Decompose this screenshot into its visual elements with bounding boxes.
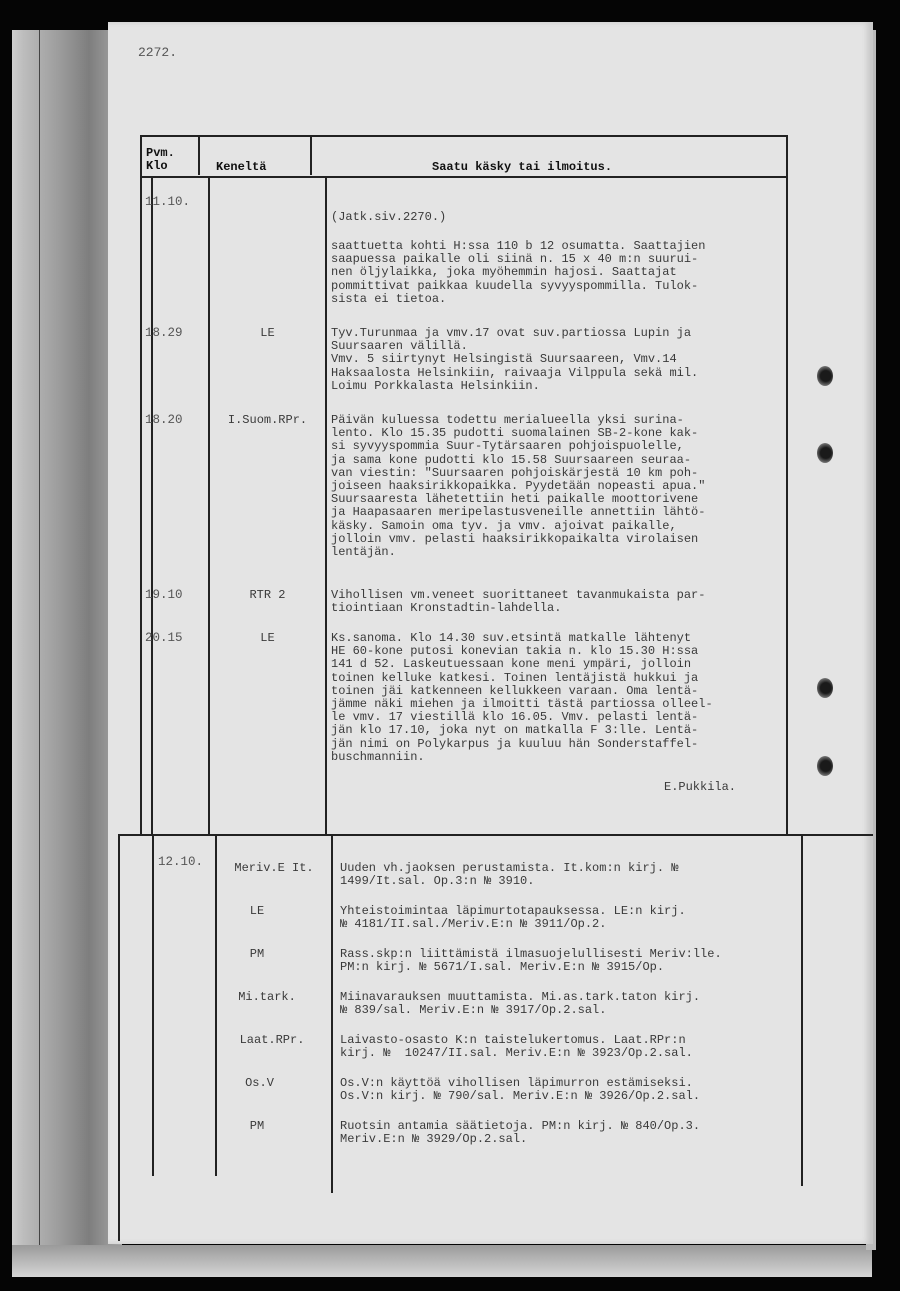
column-divider-date-body <box>151 176 153 836</box>
page-number: 2272. <box>138 45 177 60</box>
column-divider-from <box>310 135 312 175</box>
punch-hole-icon <box>817 756 833 776</box>
entry-time: 18.20 <box>145 414 183 427</box>
punch-hole-icon <box>817 443 833 463</box>
continuation-note: (Jatk.siv.2270.) <box>331 211 446 224</box>
table-right-border <box>786 135 788 835</box>
section-2-date: 12.10. <box>158 856 203 869</box>
entry-from: LE <box>210 632 325 645</box>
message-entry: Uuden vh.jaoksen perustamista. It.kom:n … <box>340 862 678 888</box>
message-entry: Ks.sanoma. Klo 14.30 suv.etsintä matkall… <box>331 632 713 764</box>
punch-hole-icon <box>817 366 833 386</box>
entry-from: LE <box>217 905 297 918</box>
column-divider-left-edge <box>140 135 142 835</box>
entry-from: Laat.RPr. <box>217 1034 327 1047</box>
header-message: Saatu käsky tai ilmoitus. <box>432 160 612 174</box>
entry-from: PM <box>217 948 297 961</box>
entry-time: 20.15 <box>145 632 183 645</box>
table-right-border-lower <box>801 836 803 1186</box>
day-separator-line <box>118 834 873 836</box>
underlying-page-edge <box>12 30 122 1250</box>
entry-from: Meriv.E It. <box>217 862 331 875</box>
message-entry: Vihollisen vm.veneet suorittaneet tavanm… <box>331 589 705 615</box>
message-entry: Ruotsin antamia säätietoja. PM:n kirj. №… <box>340 1120 700 1146</box>
message-entry: Laivasto-osasto K:n taistelukertomus. La… <box>340 1034 693 1060</box>
section-1-date: 11.10. <box>145 196 190 209</box>
message-entry: Päivän kuluessa todettu merialueella yks… <box>331 414 705 559</box>
entry-from: Mi.tark. <box>217 991 317 1004</box>
entry-time: 19.10 <box>145 589 183 602</box>
entry-from: I.Suom.RPr. <box>210 414 325 427</box>
entry-from: PM <box>217 1120 297 1133</box>
message-entry: Rass.skp:n liittämistä ilmasuojelullises… <box>340 948 722 974</box>
underlying-page-bottom <box>12 1245 872 1277</box>
message-entry: Miinavarauksen muuttamista. Mi.as.tark.t… <box>340 991 700 1017</box>
punch-hole-icon <box>817 678 833 698</box>
column-divider-message-body <box>325 176 327 836</box>
entry-from: LE <box>210 327 325 340</box>
table-top-border <box>140 135 787 137</box>
column-divider-message-lower <box>331 836 333 1193</box>
header-bottom-border <box>140 176 787 178</box>
message-entry: Tyv.Turunmaa ja vmv.17 ovat suv.partioss… <box>331 327 698 393</box>
signature: E.Pukkila. <box>664 781 736 794</box>
message-entry: Yhteistoimintaa läpimurtotapauksessa. LE… <box>340 905 686 931</box>
header-from: Keneltä <box>216 160 266 174</box>
header-date-time: Pvm. Klo <box>146 147 175 173</box>
entry-from: RTR 2 <box>210 589 325 602</box>
column-divider-date <box>198 135 200 175</box>
column-divider-from-body <box>208 176 210 836</box>
left-margin-line <box>118 836 120 1241</box>
message-entry: Os.V:n käyttöä vihollisen läpimurron est… <box>340 1077 700 1103</box>
entry-from: Os.V <box>217 1077 302 1090</box>
message-entry: saattuetta kohti H:ssa 110 b 12 osumatta… <box>331 240 705 306</box>
column-divider-date-lower <box>152 836 154 1176</box>
entry-time: 18.29 <box>145 327 183 340</box>
